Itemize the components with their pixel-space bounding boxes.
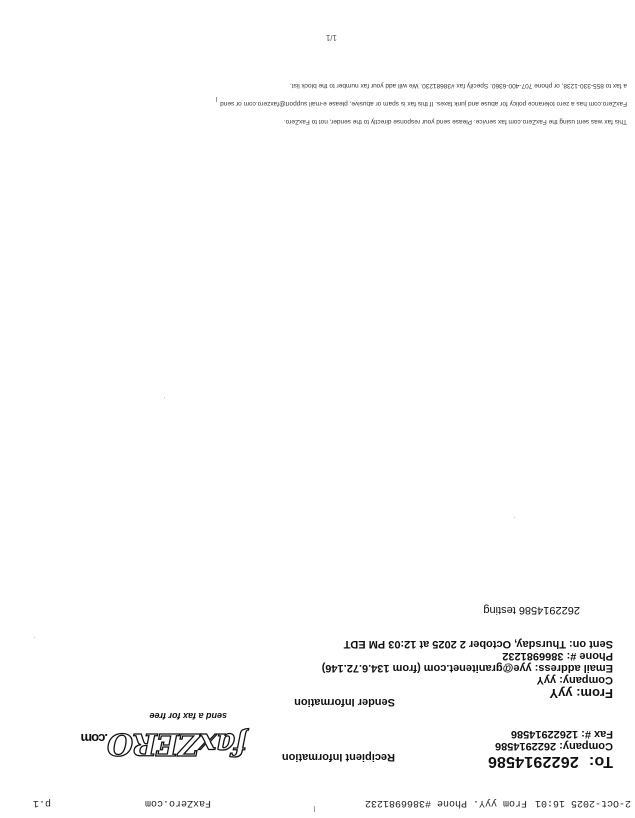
scan-mark	[314, 806, 315, 812]
fax-page-number: p.1	[33, 797, 51, 808]
fax-service-name: FaxZero.com	[145, 797, 211, 808]
scan-speck	[34, 637, 35, 638]
fax-footer-notice: This fax was sent using the FaxZero.com …	[7, 80, 627, 126]
fax-from-line: From yyY. Phone #3866981232	[365, 797, 527, 808]
fax-date-time: 2-Oct-2025 16:01	[535, 797, 631, 808]
sender-phone: Phone #: 3866981232	[322, 650, 613, 662]
footer-notice: This fax was sent using the FaxZero.com …	[7, 116, 627, 126]
recipient-company: Company: 2622914586	[495, 740, 613, 752]
sender-email: Email address: yye@granitenet.com (from …	[322, 662, 613, 674]
to-label: To:	[589, 753, 613, 770]
recipient-to: To:2622914586	[488, 752, 613, 770]
sender-company: Company: yyY	[322, 674, 613, 686]
sender-from: From: yyY	[322, 686, 613, 700]
logo-brand: faxZERO	[108, 726, 247, 761]
logo-tagline: send a fax for free	[87, 711, 227, 721]
recipient-section-title: Recipient Information	[282, 751, 395, 763]
fax-header-line: 2-Oct-2025 16:01 From yyY. Phone #386698…	[0, 792, 635, 812]
scan-mark	[216, 97, 217, 102]
fax-message-body: 2622914586 testing	[483, 604, 580, 616]
scan-speck	[514, 517, 515, 518]
fax-page: 2-Oct-2025 16:01 From yyY. Phone #386698…	[0, 0, 635, 818]
sender-sent-on: Sent on: Thursday, October 2 2025 at 12:…	[322, 638, 613, 650]
faxzero-logo: faxZERO.com send a fax for free	[87, 690, 247, 760]
to-value: 2622914586	[488, 753, 579, 770]
recipient-fax: Fax #: 12622914586	[511, 728, 613, 740]
logo-domain: .com	[82, 731, 108, 746]
page-indicator: 1/1	[326, 33, 337, 42]
footer-abuse-line-2: a fax to 855-330-1238, or phone 707-400-…	[7, 80, 627, 90]
footer-abuse-line-1: FaxZero.com has a zero tolerance policy …	[7, 98, 627, 108]
scan-speck	[164, 397, 165, 398]
sender-info: From: yyY Company: yyY Email address: yy…	[322, 638, 613, 700]
